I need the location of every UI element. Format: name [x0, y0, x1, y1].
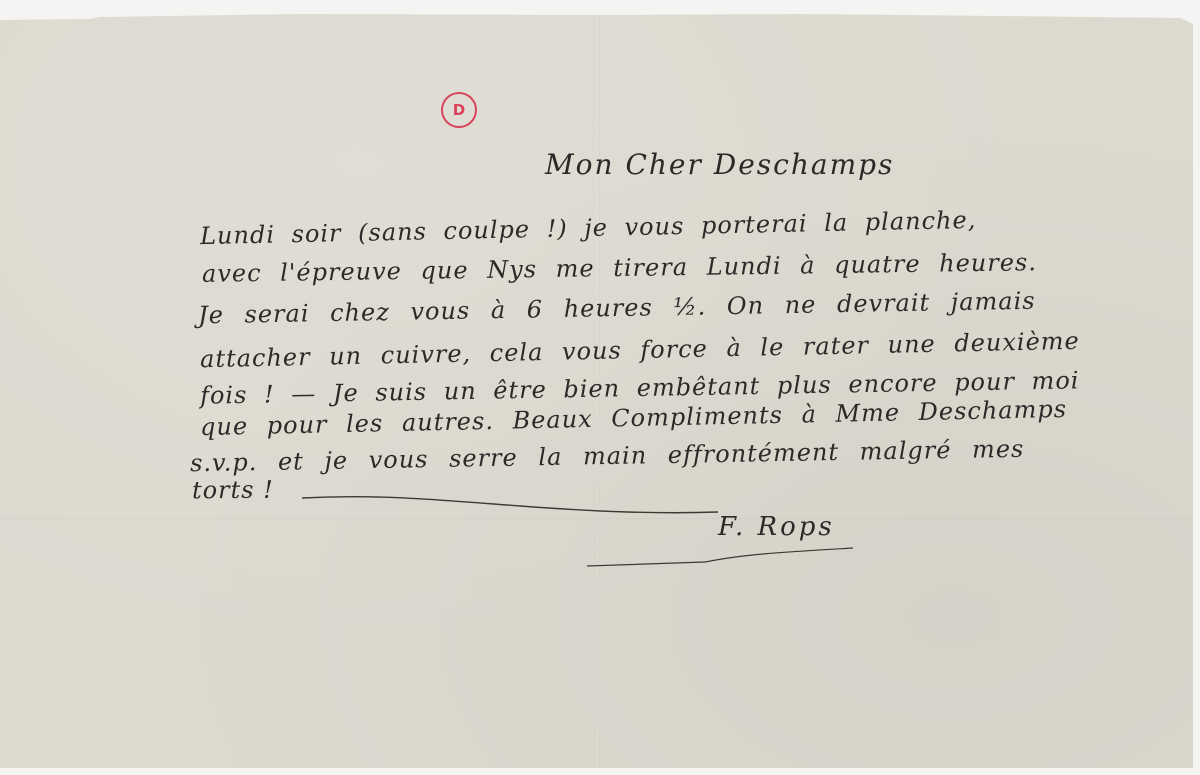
- horizontal-fold-line: [0, 518, 1193, 519]
- closing-flourish-line: [300, 494, 720, 514]
- signature: F. Rops: [718, 512, 835, 542]
- body-line: torts !: [192, 476, 274, 505]
- collection-stamp-icon: D: [441, 92, 477, 128]
- stamp-letter: D: [453, 101, 465, 119]
- signature-underline: [585, 540, 855, 570]
- salutation: Mon Cher Deschamps: [545, 148, 894, 181]
